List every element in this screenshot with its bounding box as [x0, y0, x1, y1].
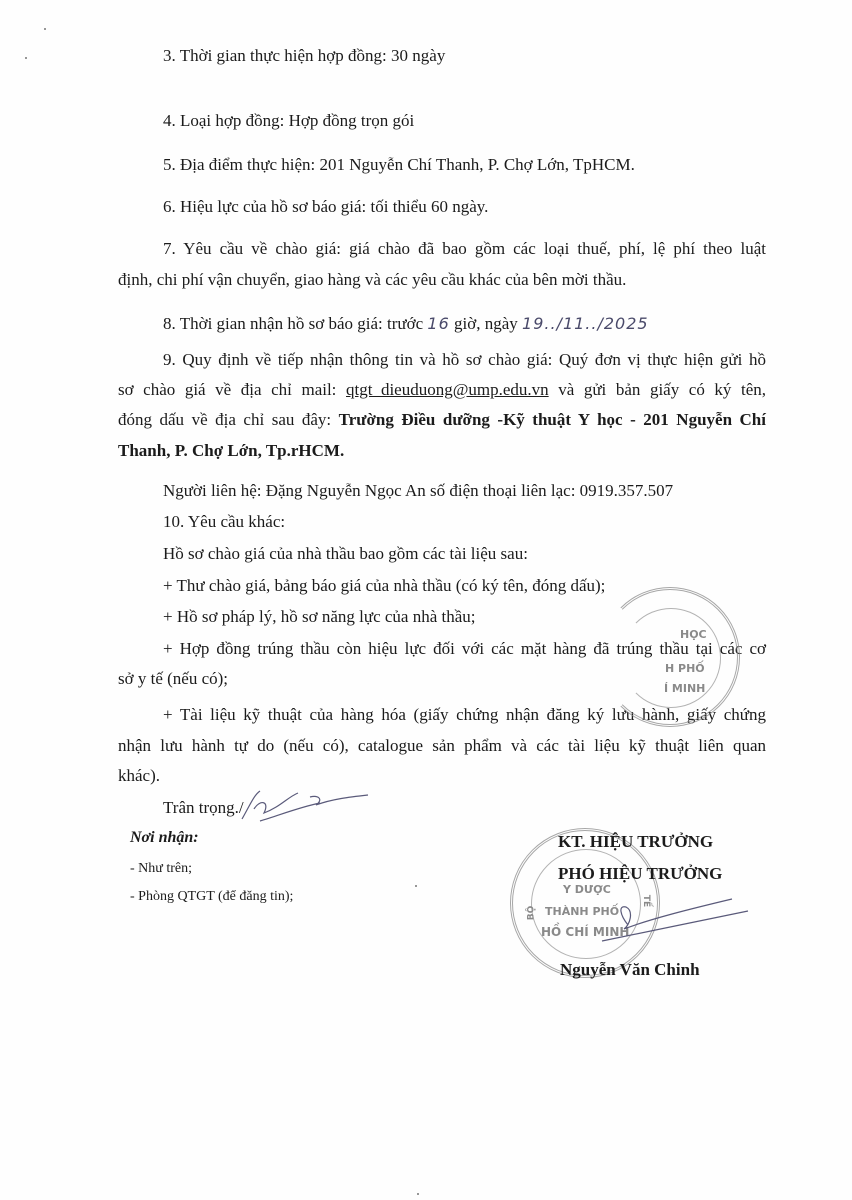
side-stamp-line-2: H PHỐ	[665, 662, 705, 675]
item-9-line-1: 9. Quy định về tiếp nhận thông tin và hồ…	[163, 349, 766, 371]
recipient-1: - Như trên;	[130, 858, 192, 880]
item-5-location: 5. Địa điểm thực hiện: 201 Nguyễn Chí Th…	[163, 154, 635, 176]
address-bold-1: Trường Điều dưỡng -Kỹ thuật Y học - 201 …	[339, 410, 766, 429]
item-8-prefix: 8. Thời gian nhận hồ sơ báo giá: trước	[163, 314, 423, 333]
handwritten-initials	[240, 785, 370, 825]
document-page: 3. Thời gian thực hiện hợp đồng: 30 ngày…	[0, 0, 852, 1200]
email-link[interactable]: qtgt_dieuduong@ump.edu.vn	[346, 380, 549, 399]
item-9-l2-suffix: và gửi bản giấy có ký tên,	[558, 380, 766, 399]
item-8-deadline: 8. Thời gian nhận hồ sơ báo giá: trước 1…	[163, 313, 649, 335]
item-10-title: 10. Yêu cầu khác:	[163, 511, 285, 533]
recipients-title: Nơi nhận:	[130, 827, 199, 849]
scan-speck	[417, 1193, 419, 1195]
bullet-4-line-3: khác).	[118, 765, 160, 787]
signature-title-2: PHÓ HIỆU TRƯỞNG	[558, 864, 722, 884]
item-9-l3-prefix: đóng dấu về địa chỉ sau đây:	[118, 410, 331, 429]
bullet-2: + Hồ sơ pháp lý, hồ sơ năng lực của nhà …	[163, 606, 476, 628]
partial-stamp	[600, 587, 740, 727]
bullet-4-line-2: nhận lưu hành tự do (nếu có), catalogue …	[118, 735, 766, 757]
item-9-line-3: đóng dấu về địa chỉ sau đây: Trường Điều…	[118, 409, 766, 431]
signature-title-1: KT. HIỆU TRƯỞNG	[558, 832, 713, 852]
item-9-l2-prefix: sơ chào giá về địa chỉ mail:	[118, 380, 336, 399]
signer-name: Nguyễn Văn Chinh	[560, 960, 700, 980]
address-bold-2: Thanh, P. Chợ Lớn, Tp.rHCM.	[118, 440, 344, 462]
item-8-mid: giờ, ngày	[454, 314, 518, 333]
scan-speck	[415, 885, 417, 887]
item-3-duration: 3. Thời gian thực hiện hợp đồng: 30 ngày	[163, 45, 445, 67]
scan-speck	[25, 57, 27, 59]
item-7-line-2: định, chi phí vận chuyển, giao hàng và c…	[118, 269, 626, 291]
scan-speck	[44, 28, 46, 30]
stamp-ring-left: BỘ	[526, 906, 536, 921]
handwritten-date: 19../11../2025	[522, 314, 649, 333]
item-4-contract-type: 4. Loại hợp đồng: Hợp đồng trọn gói	[163, 110, 414, 132]
bullet-1: + Thư chào giá, bảng báo giá của nhà thầ…	[163, 575, 605, 597]
item-10-intro: Hồ sơ chào giá của nhà thầu bao gồm các …	[163, 543, 528, 565]
side-stamp-line-3: Í MINH	[664, 682, 705, 695]
recipient-2: - Phòng QTGT (để đăng tin);	[130, 886, 293, 908]
contact-person: Người liên hệ: Đặng Nguyễn Ngọc An số đi…	[163, 480, 673, 502]
item-6-validity: 6. Hiệu lực của hồ sơ báo giá: tối thiểu…	[163, 196, 488, 218]
item-7-line-1: 7. Yêu cầu về chào giá: giá chào đã bao …	[163, 238, 766, 260]
item-9-line-2: sơ chào giá về địa chỉ mail: qtgt_dieudu…	[118, 379, 766, 401]
handwritten-hour: 16	[427, 314, 449, 333]
side-stamp-line-1: HỌC	[680, 628, 707, 641]
handwritten-signature	[590, 895, 750, 945]
closing: Trân trọng./	[163, 797, 244, 819]
bullet-3-line-2: sở y tế (nếu có);	[118, 668, 228, 690]
